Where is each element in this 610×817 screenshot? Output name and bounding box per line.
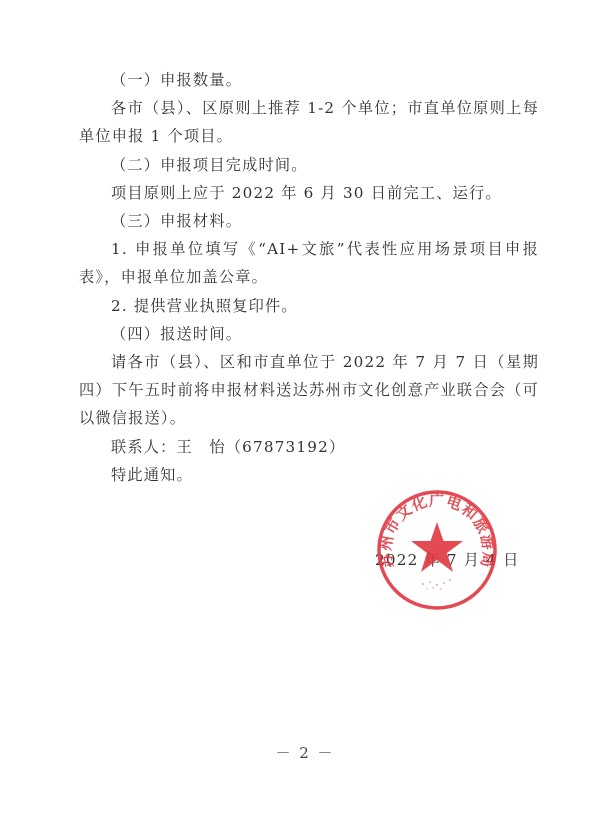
paragraph-completion-time: 项目原则上应于 2022 年 6 月 30 日前完工、运行。 <box>79 179 539 207</box>
paragraph-submission-time: 请各市（县）、区和市直单位于 2022 年 7 月 7 日（星期四）下午五时前将… <box>79 348 539 433</box>
issue-date: 2022 年 7 月 4 日 <box>375 549 519 570</box>
paragraph-quantity: 各市（县）、区原则上推荐 1-2 个单位；市直单位原则上每单位申报 1 个项目。 <box>79 94 539 150</box>
document-body: （一）申报数量。 各市（县）、区原则上推荐 1-2 个单位；市直单位原则上每单位… <box>79 66 539 489</box>
heading-submission-time: （四）报送时间。 <box>79 320 539 348</box>
closing-line: 特此通知。 <box>79 461 539 489</box>
paragraph-materials-2: 2. 提供营业执照复印件。 <box>79 292 539 320</box>
heading-quantity: （一）申报数量。 <box>79 66 539 94</box>
contact-line: 联系人：王 怡（67873192） <box>79 433 539 461</box>
heading-materials: （三）申报材料。 <box>79 207 539 235</box>
heading-completion-time: （二）申报项目完成时间。 <box>79 151 539 179</box>
document-page: （一）申报数量。 各市（县）、区原则上推荐 1-2 个单位；市直单位原则上每单位… <box>0 0 610 817</box>
page-number: － 2 － <box>0 742 610 763</box>
paragraph-materials-1: 1. 申报单位填写《“AI+文旅”代表性应用场景项目申报表》，申报单位加盖公章。 <box>79 235 539 291</box>
